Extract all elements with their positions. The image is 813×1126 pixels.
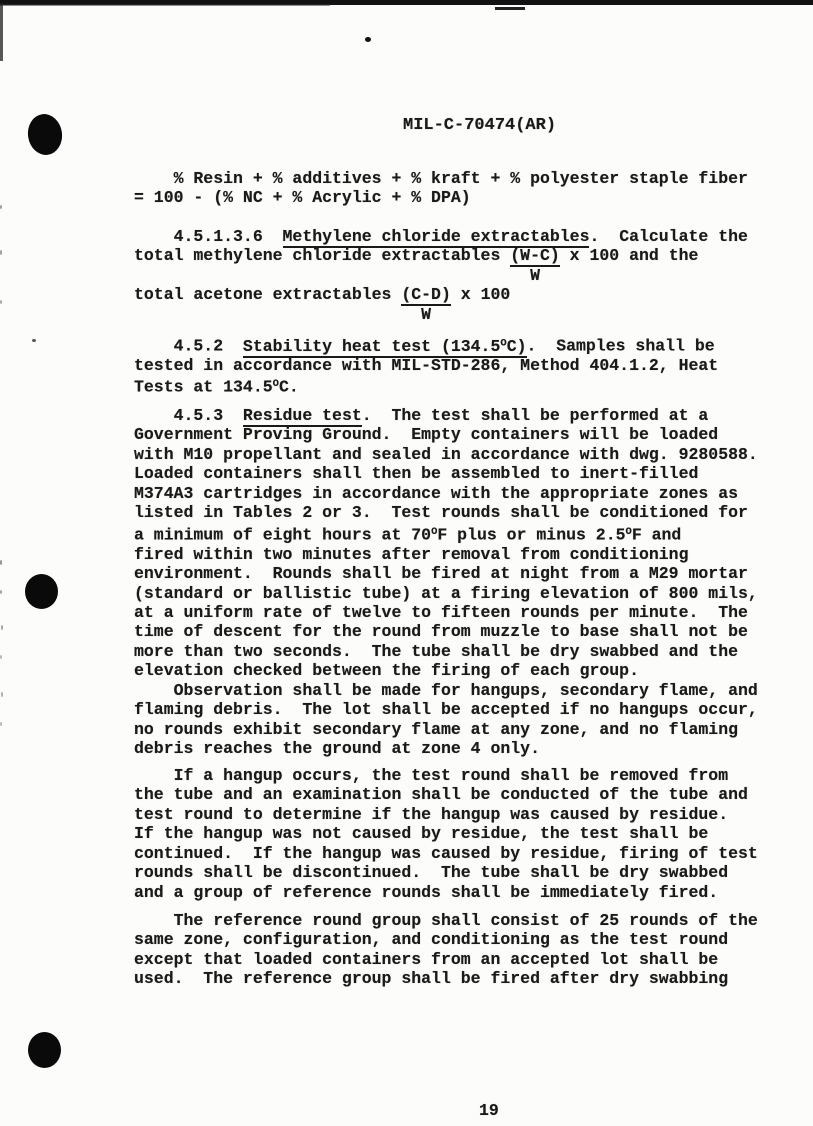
text-line: = 100 - (% NC + % Acrylic + % DPA) <box>134 188 748 207</box>
text-segment: x 100 <box>451 285 510 304</box>
text-segment: Tests at 134.5 <box>134 378 273 397</box>
text-segment: test round to determine if the hangup wa… <box>134 805 728 824</box>
scan-edge-dash <box>495 7 525 10</box>
document-title-header: MIL-C-70474(AR) <box>403 116 556 135</box>
text-segment: environment. Rounds shall be fired at ni… <box>134 564 748 583</box>
text-segment: Observation shall be made for hangups, s… <box>134 681 758 700</box>
text-line: and a group of reference rounds shall be… <box>134 883 758 902</box>
text-segment: total acetone extractables <box>134 285 401 304</box>
text-line: W <box>134 305 748 324</box>
hole-punch-bottom <box>28 1032 61 1068</box>
text-line: debris reaches the ground at zone 4 only… <box>134 739 758 758</box>
text-segment: If the hangup was not caused by residue,… <box>134 824 708 843</box>
text-line: If a hangup occurs, the test round shall… <box>134 766 758 785</box>
text-segment: a minimum of eight hours at 70 <box>134 525 431 544</box>
para-hangup-procedure: If a hangup occurs, the test round shall… <box>134 766 758 902</box>
text-line: Loaded containers shall then be assemble… <box>134 464 758 483</box>
text-segment: C. <box>279 378 299 397</box>
scan-speck <box>0 205 2 209</box>
text-segment: at a uniform rate of twelve to fifteen r… <box>134 603 748 622</box>
text-segment: (standard or ballistic tube) at a firing… <box>134 584 758 603</box>
page-number: 19 <box>479 1101 499 1120</box>
scanned-document-page: MIL-C-70474(AR) % Resin + % additives + … <box>0 0 813 1126</box>
hole-punch-middle <box>25 574 58 609</box>
text-segment: 4.5.2 <box>134 337 243 356</box>
text-segment: 4.5.1.3.6 <box>134 227 283 246</box>
text-segment: C) <box>507 337 527 356</box>
scan-speck <box>0 722 2 726</box>
text-segment: . The test shall be performed at a <box>362 406 709 425</box>
text-segment: fired within two minutes after removal f… <box>134 545 689 564</box>
scan-speck <box>0 655 2 659</box>
underlined-text: (C-D) <box>401 285 451 306</box>
text-line: total methylene chloride extractables (W… <box>134 246 748 265</box>
text-segment: more than two seconds. The tube shall be… <box>134 642 738 661</box>
text-segment: F plus or minus 2.5 <box>437 525 625 544</box>
scan-speck <box>0 590 2 594</box>
text-segment: . Calculate the <box>589 227 747 246</box>
text-segment: Stability heat test (134.5 <box>243 337 500 356</box>
text-segment: time of descent for the round from muzzl… <box>134 622 748 641</box>
text-segment: no rounds exhibit secondary flame at any… <box>134 720 738 739</box>
formula-percent-composition: % Resin + % additives + % kraft + % poly… <box>134 169 748 208</box>
text-segment: x 100 and the <box>560 246 699 265</box>
text-line: tested in accordance with MIL-STD-286, M… <box>134 356 718 375</box>
text-segment: W <box>134 266 540 285</box>
text-line: Government Proving Ground. Empty contain… <box>134 425 758 444</box>
text-segment: flaming debris. The lot shall be accepte… <box>134 700 758 719</box>
text-line: (standard or ballistic tube) at a firing… <box>134 584 758 603</box>
scan-edge-top-shadow <box>0 4 330 6</box>
text-line: with M10 propellant and sealed in accord… <box>134 445 758 464</box>
text-segment: same zone, configuration, and conditioni… <box>134 930 728 949</box>
para-4-5-2-stability-heat-test: 4.5.2 Stability heat test (134.5OC). Sam… <box>134 334 718 397</box>
text-segment: M374A3 cartridges in accordance with the… <box>134 484 738 503</box>
text-segment: . Samples shall be <box>527 337 715 356</box>
text-line: environment. Rounds shall be fired at ni… <box>134 564 758 583</box>
text-segment: tested in accordance with MIL-STD-286, M… <box>134 356 718 375</box>
text-segment: continued. If the hangup was caused by r… <box>134 844 758 863</box>
text-line: no rounds exhibit secondary flame at any… <box>134 720 758 739</box>
text-line: Tests at 134.5OC. <box>134 375 718 397</box>
text-line: elevation checked between the firing of … <box>134 661 758 680</box>
text-line: flaming debris. The lot shall be accepte… <box>134 700 758 719</box>
scan-speck <box>365 37 371 42</box>
text-line: test round to determine if the hangup wa… <box>134 805 758 824</box>
text-segment: used. The reference group shall be fired… <box>134 969 728 988</box>
para-4-5-3-residue-test: 4.5.3 Residue test. The test shall be pe… <box>134 406 758 681</box>
text-line: continued. If the hangup was caused by r… <box>134 844 758 863</box>
text-line: 4.5.3 Residue test. The test shall be pe… <box>134 406 758 425</box>
text-segment: with M10 propellant and sealed in accord… <box>134 445 758 464</box>
text-segment: except that loaded containers from an ac… <box>134 950 718 969</box>
text-segment: rounds shall be discontinued. The tube s… <box>134 863 728 882</box>
text-line: time of descent for the round from muzzl… <box>134 622 758 641</box>
text-segment: total methylene chloride extractables <box>134 246 510 265</box>
underlined-text: Stability heat test (134.5OC) <box>243 337 527 358</box>
scan-speck <box>0 560 2 565</box>
underlined-text: (W-C) <box>510 246 560 267</box>
text-line: a minimum of eight hours at 70OF plus or… <box>134 523 758 545</box>
text-line: total acetone extractables (C-D) x 100 <box>134 285 748 304</box>
text-segment: debris reaches the ground at zone 4 only… <box>134 739 540 758</box>
para-4-5-1-3-6-methylene-chloride-extractables: 4.5.1.3.6 Methylene chloride extractable… <box>134 227 748 324</box>
scan-speck <box>32 339 36 342</box>
text-segment: % Resin + % additives + % kraft + % poly… <box>134 169 748 188</box>
text-segment: listed in Tables 2 or 3. Test rounds sha… <box>134 503 748 522</box>
scan-speck <box>1 692 3 697</box>
text-line: at a uniform rate of twelve to fifteen r… <box>134 603 758 622</box>
hole-punch-top <box>25 112 64 157</box>
text-line: Observation shall be made for hangups, s… <box>134 681 758 700</box>
para-observation: Observation shall be made for hangups, s… <box>134 681 758 759</box>
text-segment: The reference round group shall consist … <box>134 911 758 930</box>
text-line: more than two seconds. The tube shall be… <box>134 642 758 661</box>
text-segment: If a hangup occurs, the test round shall… <box>134 766 728 785</box>
text-segment: Government Proving Ground. Empty contain… <box>134 425 718 444</box>
text-segment: Loaded containers shall then be assemble… <box>134 464 698 483</box>
para-reference-round-group: The reference round group shall consist … <box>134 911 758 989</box>
text-line: the tube and an examination shall be con… <box>134 785 758 804</box>
scan-speck <box>1 625 3 630</box>
text-line: except that loaded containers from an ac… <box>134 950 758 969</box>
text-line: rounds shall be discontinued. The tube s… <box>134 863 758 882</box>
scan-speck <box>0 300 2 304</box>
text-segment: F and <box>632 525 682 544</box>
scan-edge-left <box>0 3 3 61</box>
text-segment: 4.5.3 <box>134 406 243 425</box>
text-line: used. The reference group shall be fired… <box>134 969 758 988</box>
text-line: fired within two minutes after removal f… <box>134 545 758 564</box>
text-line: The reference round group shall consist … <box>134 911 758 930</box>
text-line: 4.5.2 Stability heat test (134.5OC). Sam… <box>134 334 718 356</box>
text-line: If the hangup was not caused by residue,… <box>134 824 758 843</box>
text-segment: the tube and an examination shall be con… <box>134 785 748 804</box>
underlined-text: Methylene chloride extractables <box>283 227 590 248</box>
text-segment: = 100 - (% NC + % Acrylic + % DPA) <box>134 188 471 207</box>
scan-speck <box>0 250 2 255</box>
text-line: same zone, configuration, and conditioni… <box>134 930 758 949</box>
text-segment: and a group of reference rounds shall be… <box>134 883 718 902</box>
text-line: 4.5.1.3.6 Methylene chloride extractable… <box>134 227 748 246</box>
text-line: M374A3 cartridges in accordance with the… <box>134 484 758 503</box>
text-segment: elevation checked between the firing of … <box>134 661 639 680</box>
text-line: W <box>134 266 748 285</box>
text-line: listed in Tables 2 or 3. Test rounds sha… <box>134 503 758 522</box>
underlined-text: Residue test <box>243 406 362 427</box>
text-segment: W <box>134 305 431 324</box>
text-line: % Resin + % additives + % kraft + % poly… <box>134 169 748 188</box>
